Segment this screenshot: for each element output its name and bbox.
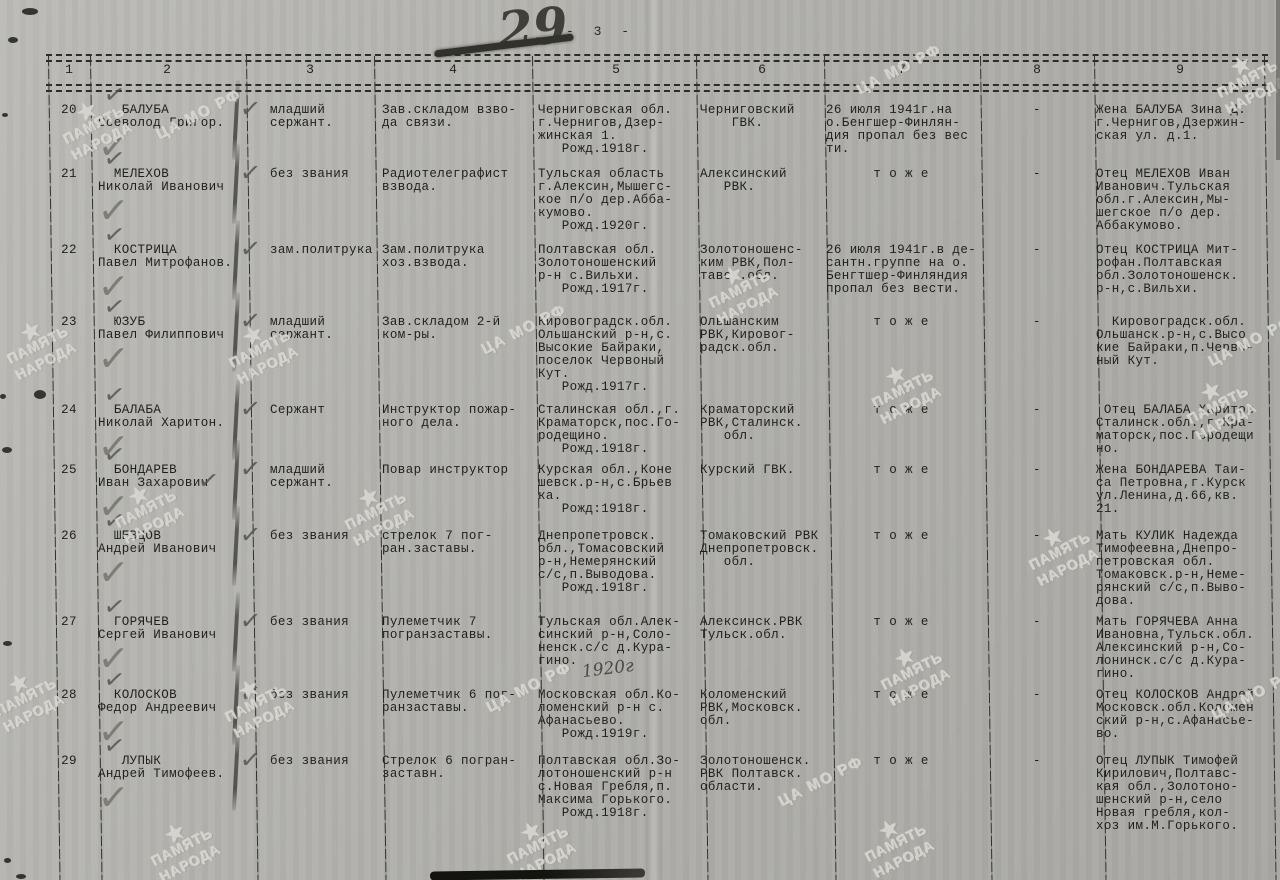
cell-birth: Курская обл.,Коне шевск.р-н,с.Брьев ка. … xyxy=(538,464,696,516)
pencil-checkmark: ✓ xyxy=(97,487,131,526)
table-header-border xyxy=(46,84,1268,92)
cell-birth: Днепропетровск. обл.,Томасовский р-н,Нем… xyxy=(538,530,696,595)
scan-speck xyxy=(0,394,6,399)
cell-duty: Зам.политрука хоз.взвода. xyxy=(382,244,532,270)
cell-fate: т о ж е xyxy=(826,316,980,329)
watermark-text: ПАМЯТЬ НАРОДА xyxy=(149,825,224,880)
cell-duty: Зав.складом взво- да связи. xyxy=(382,104,532,130)
cell-num: 24 xyxy=(48,404,90,417)
column-header-5: 5 xyxy=(596,62,636,77)
cell-c8: - xyxy=(980,616,1094,629)
cell-family: Отец КОЛОСКОВ Андрей Московск.обл.Коломе… xyxy=(1096,689,1266,741)
cell-num: 25 xyxy=(48,464,90,477)
cell-birth: Кировоградск.обл. Ольшанский р-н,с. Высо… xyxy=(538,316,696,393)
cell-rank: без звания xyxy=(270,689,376,702)
cell-family: Отец КОСТРИЦА Мит- рофан.Полтавская обл.… xyxy=(1096,244,1266,296)
memory-narod-watermark: ★ПАМЯТЬ НАРОДА xyxy=(864,355,946,429)
cell-duty: Зав.складом 2-й ком-ры. xyxy=(382,316,532,342)
cell-num: 27 xyxy=(48,616,90,629)
cell-birth: Черниговская обл. г.Чернигов,Дзер- жинск… xyxy=(538,104,696,156)
cell-c8: - xyxy=(980,244,1094,257)
cell-rank: зам.политрука xyxy=(270,244,376,257)
cell-family: Мать ГОРЯЧЕВА Анна Ивановна,Тульск.обл. … xyxy=(1096,616,1266,681)
cell-fate: т о ж е xyxy=(826,404,980,417)
star-icon: ★ xyxy=(873,637,938,679)
cell-duty: Инструктор пожар- ного дела. xyxy=(382,404,532,430)
cell-name: ШЕВЦОВ Андрей Иванович xyxy=(98,530,248,556)
star-icon: ★ xyxy=(857,809,922,851)
scan-speck xyxy=(2,113,8,117)
ink-blot xyxy=(430,868,645,880)
cell-rvk: Ольшанским РВК,Кировог- радск.обл. xyxy=(700,316,822,355)
pencil-checkmark: ✓ xyxy=(97,712,131,751)
scan-speck xyxy=(2,447,12,453)
cell-rvk: Коломенский РВК,Московск. обл. xyxy=(700,689,822,728)
scan-speck xyxy=(8,37,18,43)
cell-family: Жена БОНДАРЕВА Таи- са Петровна,г.Курск … xyxy=(1096,464,1266,516)
scan-speck xyxy=(4,858,11,863)
cell-name: КОЛОСКОВ Федор Андреевич xyxy=(98,689,248,715)
cell-family: Отец ЛУПЫК Тимофей Кирилович,Полтавс- ка… xyxy=(1096,755,1266,832)
memory-narod-watermark: ★ПАМЯТЬ НАРОДА xyxy=(857,809,939,880)
cell-name: КОСТРИЦА Павел Митрофанов. xyxy=(98,244,248,270)
cell-rank: без звания xyxy=(270,755,376,768)
cell-num: 22 xyxy=(48,244,90,257)
cell-c8: - xyxy=(980,404,1094,417)
cell-fate: 26 июля 1941г.на о.Бенгшер-Финлян- дия п… xyxy=(826,104,980,156)
cell-family: Кировоградск.обл. Ольшанск.р-н,с.Высо ки… xyxy=(1096,316,1266,368)
cell-rvk: Курский ГВК. xyxy=(700,464,822,477)
cell-rvk: Алексинский РВК. xyxy=(700,168,822,194)
cell-birth: Полтавская обл. Золотоношенский р-н с.Ви… xyxy=(538,244,696,296)
column-header-9: 9 xyxy=(1160,62,1200,77)
scan-edge-artifact xyxy=(1276,0,1280,160)
cell-family: Мать КУЛИК Надежда Тимофеевна,Днепро- пе… xyxy=(1096,530,1266,607)
column-header-7: 7 xyxy=(882,62,922,77)
cell-c8: - xyxy=(980,316,1094,329)
scan-speck xyxy=(3,641,12,646)
scan-speck xyxy=(22,8,38,15)
column-header-1: 1 xyxy=(49,62,89,77)
column-header-8: 8 xyxy=(1017,62,1057,77)
cell-rank: без звания xyxy=(270,616,376,629)
cell-rvk: Алексинск.РВК Тульск.обл. xyxy=(700,616,822,642)
scanned-document-page: 29 - 3 - 123456789 20 БАЛУБА Всеволод Гр… xyxy=(0,0,1280,880)
cell-duty: Пулеметчик 6 пог- ранзаставы. xyxy=(382,689,532,715)
pencil-checkmark: ✓ xyxy=(97,191,131,230)
cell-name: ЮЗУБ Павел Филиппович xyxy=(98,316,248,342)
cell-fate: т о ж е xyxy=(826,168,980,181)
pencil-checkmark: ✓ xyxy=(97,553,131,592)
table-top-border xyxy=(46,54,1268,62)
cell-fate: т о ж е xyxy=(826,689,980,702)
watermark-text: ПАМЯТЬ НАРОДА xyxy=(5,323,80,383)
column-header-4: 4 xyxy=(433,62,473,77)
cell-duty: Стрелок 6 погран- заставн. xyxy=(382,755,532,781)
cell-birth: Московская обл.Ко- ломенский р-н с. Афан… xyxy=(538,689,696,741)
cell-rank: без звания xyxy=(270,168,376,181)
cell-c8: - xyxy=(980,464,1094,477)
cell-duty: Повар инструктор xyxy=(382,464,532,477)
cell-fate: т о ж е xyxy=(826,755,980,768)
cell-num: 21 xyxy=(48,168,90,181)
cell-duty: стрелок 7 пог- ран.заставы. xyxy=(382,530,532,556)
handwritten-page-number: 29 xyxy=(496,0,570,60)
cell-rvk: Золотоношенск. РВК Полтавск. области. xyxy=(700,755,822,794)
cell-rvk: Томаковский РВК Днепропетровск. обл. xyxy=(700,530,822,569)
pencil-checkmark: ✓ xyxy=(97,339,131,378)
cell-rvk: Золотоношенс- ким РВК,Пол- тавск.обл. xyxy=(700,244,822,283)
cell-birth: Полтавская обл.Зо- лотоношенский р-н с.Н… xyxy=(538,755,696,820)
cell-fate: т о ж е xyxy=(826,464,980,477)
cell-name: МЕЛЕХОВ Николай Иванович xyxy=(98,168,248,194)
column-header-2: 2 xyxy=(147,62,187,77)
cell-family: Отец МЕЛЕХОВ Иван Иванович.Тульская обл.… xyxy=(1096,168,1266,233)
cell-fate: т о ж е xyxy=(826,616,980,629)
cell-name: ЛУПЫК Андрей Тимофеев. xyxy=(98,755,248,781)
cell-fate: т о ж е xyxy=(826,530,980,543)
typed-page-number: - 3 - xyxy=(566,24,635,39)
cell-name: БАЛУБА Всеволод Григор. xyxy=(98,104,248,130)
column-header-3: 3 xyxy=(290,62,330,77)
column-header-6: 6 xyxy=(742,62,782,77)
cell-rank: Сержант xyxy=(270,404,376,417)
pencil-checkmark: ✓ xyxy=(97,127,131,166)
star-icon: ★ xyxy=(0,663,52,705)
cell-rank: младший сержант. xyxy=(270,464,376,490)
cell-name: БОНДАРЕВ Иван Захарович xyxy=(98,464,248,490)
cell-c8: - xyxy=(980,104,1094,117)
cell-c8: - xyxy=(980,689,1094,702)
cell-family: Отец БАЛАБА Харитон Сталинск.обл.,г.Кра-… xyxy=(1096,404,1266,456)
cell-family: Жена БАЛУБА Зина Д. г.Чернигов,Дзержин- … xyxy=(1096,104,1266,143)
cell-birth: Сталинская обл.,г. Краматорск,пос.Го- ро… xyxy=(538,404,696,456)
scan-speck xyxy=(16,874,26,879)
watermark-text: ПАМЯТЬ НАРОДА xyxy=(870,367,945,427)
cell-rank: младший сержант. xyxy=(270,316,376,342)
pencil-checkmark: ✓ xyxy=(97,427,131,466)
cell-num: 20 xyxy=(48,104,90,117)
cell-c8: - xyxy=(980,168,1094,181)
cell-c8: - xyxy=(980,755,1094,768)
memory-narod-watermark: ★ПАМЯТЬ НАРОДА xyxy=(143,813,225,880)
pencil-checkmark: ✓ xyxy=(97,267,131,306)
cell-duty: Радиотелеграфист взвода. xyxy=(382,168,532,194)
cell-rank: младший сержант. xyxy=(270,104,376,130)
cell-birth: Тульская область г.Алексин,Мышегс- кое п… xyxy=(538,168,696,233)
cell-c8: - xyxy=(980,530,1094,543)
cell-fate: 26 июля 1941г.в де- сантн.группе на о. Б… xyxy=(826,244,980,296)
cell-name: ГОРЯЧЕВ Сергей Иванович xyxy=(98,616,248,642)
cell-rvk: Черниговский ГВК. xyxy=(700,104,822,130)
cell-num: 29 xyxy=(48,755,90,768)
pencil-checkmark: ✓ xyxy=(97,639,131,678)
cell-name: БАЛАБА Николай Харитон. xyxy=(98,404,248,430)
pencil-checkmark: ✓ xyxy=(97,778,131,817)
cell-num: 28 xyxy=(48,689,90,702)
watermark-text: ПАМЯТЬ НАРОДА xyxy=(863,821,938,880)
cell-rvk: Краматорский РВК,Сталинск. обл. xyxy=(700,404,822,443)
cell-num: 26 xyxy=(48,530,90,543)
cell-duty: Пулеметчик 7 погранзаставы. xyxy=(382,616,532,642)
cell-rank: без звания xyxy=(270,530,376,543)
star-icon: ★ xyxy=(143,813,208,855)
star-icon: ★ xyxy=(864,355,929,397)
scan-speck xyxy=(34,390,46,399)
cell-num: 23 xyxy=(48,316,90,329)
